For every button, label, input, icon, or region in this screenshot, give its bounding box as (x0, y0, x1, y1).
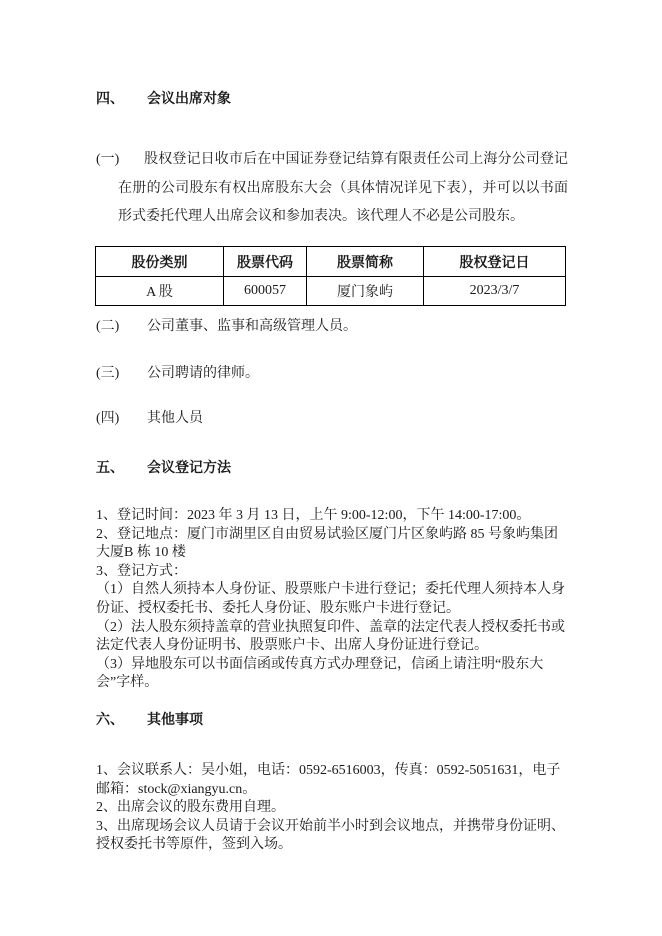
cell-stock-abbr: 厦门象屿 (307, 277, 424, 306)
section4-number: 四、 (96, 92, 147, 108)
section4-item4-text: 其他人员 (147, 411, 203, 426)
section4-item4-label: (四) (96, 411, 147, 427)
section4-item1-text: 股权登记日收市后在中国证券登记结算有限责任公司上海分公司登记在册的公司股东有权出… (118, 152, 568, 224)
registration-method-2: （2）法人股东须持盖章的营业执照复印件、盖章的法定代表人授权委托书或法定代表人身… (96, 619, 570, 656)
cell-share-class: A 股 (96, 277, 224, 306)
section4-item1: (一)股权登记日收市后在中国证券登记结算有限责任公司上海分公司登记在册的公司股东… (96, 146, 568, 232)
cell-stock-code: 600057 (224, 277, 307, 306)
section4-item3-label: (三) (96, 366, 147, 382)
section6-body: 1、会议联系人：吴小姐，电话：0592-6516003，传真：0592-5051… (96, 762, 570, 855)
header-share-class: 股份类别 (96, 247, 224, 277)
section6-number: 六、 (96, 713, 147, 729)
section4-heading: 四、会议出席对象 (96, 92, 231, 108)
header-stock-code: 股票代码 (224, 247, 307, 277)
section4-item2-text: 公司董事、监事和高级管理人员。 (147, 319, 357, 334)
table-row: A 股 600057 厦门象屿 2023/3/7 (96, 277, 566, 306)
section6-title: 其他事项 (147, 713, 203, 728)
section4-item1-label: (一) (96, 146, 144, 175)
share-registration-table: 股份类别 股票代码 股票简称 股权登记日 A 股 600057 厦门象屿 202… (95, 246, 566, 306)
section4-item2: (二)公司董事、监事和高级管理人员。 (96, 319, 357, 335)
contact-info: 1、会议联系人：吴小姐，电话：0592-6516003，传真：0592-5051… (96, 762, 570, 799)
section4-item2-label: (二) (96, 319, 147, 335)
section5-number: 五、 (96, 461, 147, 477)
section6-heading: 六、其他事项 (96, 713, 203, 729)
section4-item4: (四)其他人员 (96, 411, 203, 427)
section4-item3-text: 公司聘请的律师。 (147, 366, 259, 381)
section5-heading: 五、会议登记方法 (96, 461, 231, 477)
header-record-date: 股权登记日 (424, 247, 566, 277)
document-page: { "page": { "background": "#ffffff", "te… (0, 0, 662, 936)
cell-record-date: 2023/3/7 (424, 277, 566, 306)
registration-place: 2、登记地点：厦门市湖里区自由贸易试验区厦门片区象屿路 85 号象屿集团大厦B … (96, 526, 570, 563)
header-stock-abbr: 股票简称 (307, 247, 424, 277)
section4-item3: (三)公司聘请的律师。 (96, 366, 259, 382)
section4-title: 会议出席对象 (147, 92, 231, 107)
section5-body: 1、登记时间：2023 年 3 月 13 日，上午 9:00-12:00，下午 … (96, 507, 570, 693)
registration-time: 1、登记时间：2023 年 3 月 13 日，上午 9:00-12:00，下午 … (96, 507, 570, 526)
onsite-attendance-note: 3、出席现场会议人员请于会议开始前半小时到会议地点，并携带身份证明、授权委托书等… (96, 818, 570, 855)
registration-method-1: （1）自然人须持本人身份证、股票账户卡进行登记；委托代理人须持本人身份证、授权委… (96, 581, 570, 618)
registration-method: 3、登记方式： (96, 563, 570, 582)
section5-title: 会议登记方法 (147, 461, 231, 476)
expenses-note: 2、出席会议的股东费用自理。 (96, 799, 570, 818)
table-header-row: 股份类别 股票代码 股票简称 股权登记日 (96, 247, 566, 277)
registration-method-3: （3）异地股东可以书面信函或传真方式办理登记，信函上请注明“股东大会”字样。 (96, 656, 570, 693)
